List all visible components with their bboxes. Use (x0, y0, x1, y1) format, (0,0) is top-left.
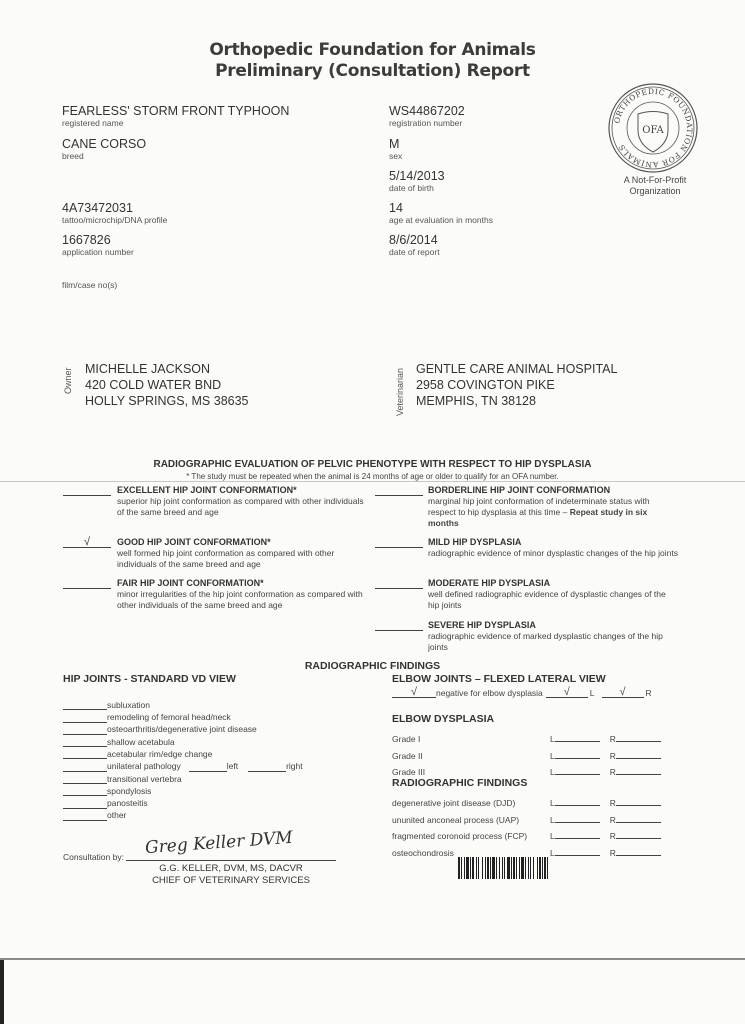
tattoo-field: 4A73472031 tattoo/microchip/DNA profile (62, 201, 167, 225)
elbow-grade-row: Grade IIILR (392, 761, 672, 778)
consultant-block: G.G. KELLER, DVM, MS, DACVR CHIEF OF VET… (126, 863, 336, 887)
evaluation-heading: RADIOGRAPHIC EVALUATION OF PELVIC PHENOT… (0, 459, 745, 470)
left-line[interactable] (555, 812, 600, 823)
hip-finding-checkbox-line[interactable] (63, 773, 107, 784)
registration-number-value: WS44867202 (389, 104, 465, 118)
unilateral-left-line[interactable] (189, 761, 227, 772)
hip-grade-checkbox-line[interactable] (375, 537, 423, 548)
tattoo-label: tattoo/microchip/DNA profile (62, 215, 167, 225)
hip-finding-checkbox-line[interactable] (63, 724, 107, 735)
right-line[interactable] (616, 764, 661, 775)
elbow-finding-label: ununited anconeal process (UAP) (392, 815, 519, 826)
elbow-finding-row: degenerative joint disease (DJD)LR (392, 792, 672, 809)
left-line[interactable] (555, 845, 600, 856)
hip-finding-checkbox-line[interactable] (63, 810, 107, 821)
hip-grade-title: EXCELLENT HIP JOINT CONFORMATION* (117, 485, 367, 496)
right-line[interactable] (616, 812, 661, 823)
hip-finding-checkbox-line[interactable] (63, 748, 107, 759)
hip-grade-title: SEVERE HIP DYSPLASIA (428, 620, 678, 631)
hip-grade-title: MODERATE HIP DYSPLASIA (428, 578, 678, 589)
elbow-dysplasia-heading: ELBOW DYSPLASIA (392, 713, 494, 725)
hip-grade-description-text: minor irregularities of the hip joint co… (117, 589, 363, 610)
date-of-birth-field: 5/14/2013 date of birth (389, 169, 445, 193)
signature-line (126, 860, 336, 861)
hip-findings-list: subluxationremodeling of femoral head/ne… (63, 698, 303, 821)
hip-grade-title: MILD HIP DYSPLASIA (428, 537, 678, 548)
veterinarian-street: 2958 COVINGTON PIKE (416, 377, 617, 393)
elbow-negative-label: negative for elbow dysplasia (436, 688, 543, 699)
elbow-finding-label: osteochondrosis (392, 848, 454, 859)
owner-street: 420 COLD WATER BND (85, 377, 249, 393)
hip-finding-row: remodeling of femoral head/neck (63, 710, 303, 722)
breed-field: CANE CORSO breed (62, 137, 146, 161)
hip-grade-checkbox-line[interactable] (375, 620, 423, 631)
film-case-label: film/case no(s) (62, 280, 117, 290)
owner-side-label: Owner (63, 367, 73, 394)
findings-heading: RADIOGRAPHIC FINDINGS (0, 660, 745, 672)
tagline-line2: Organization (595, 186, 715, 197)
hip-grade-description: radiographic evidence of marked dysplast… (428, 631, 678, 653)
hip-grade-description: marginal hip joint conformation of indet… (428, 496, 678, 529)
elbow-grade-lr: LR (550, 731, 661, 745)
veterinarian-name: GENTLE CARE ANIMAL HOSPITAL (416, 361, 617, 377)
date-of-birth-label: date of birth (389, 183, 445, 193)
elbow-negative-row: √ negative for elbow dysplasia √ L √ R (392, 686, 652, 698)
hip-finding-label: other (107, 810, 126, 821)
left-line[interactable] (555, 731, 600, 742)
hip-finding-label: acetabular rim/edge change (107, 749, 212, 760)
report-title-type: Preliminary (Consultation) Report (0, 61, 745, 82)
elbow-finding-row: fragmented coronoid process (FCP)LR (392, 825, 672, 842)
hip-finding-checkbox-line[interactable] (63, 785, 107, 796)
elbow-negative-right-label: R (646, 688, 652, 699)
hip-grade-text: MODERATE HIP DYSPLASIAwell defined radio… (428, 578, 678, 611)
hip-finding-row: other (63, 809, 303, 821)
hip-finding-row: subluxation (63, 698, 303, 710)
hip-finding-label: osteoarthritis/degenerative joint diseas… (107, 724, 257, 735)
owner-city: HOLLY SPRINGS, MS 38635 (85, 393, 249, 409)
scan-edge-line (0, 958, 745, 960)
registered-name-label: registered name (62, 118, 289, 128)
hip-finding-checkbox-line[interactable] (63, 699, 107, 710)
hip-finding-checkbox-line[interactable] (63, 798, 107, 809)
scan-fold-line (0, 481, 745, 482)
elbow-finding-label: fragmented coronoid process (FCP) (392, 831, 527, 842)
elbow-finding-lr: LR (550, 812, 661, 826)
right-line[interactable] (616, 795, 661, 806)
breed-label: breed (62, 151, 146, 161)
elbow-grade-row: Grade ILR (392, 728, 672, 745)
hip-grade-description-text: radiographic evidence of marked dysplast… (428, 631, 663, 652)
elbow-finding-row: osteochondrosisLR (392, 842, 672, 859)
hip-grade-checkbox-line[interactable] (375, 578, 423, 589)
registration-number-label: registration number (389, 118, 465, 128)
application-number-field: 1667826 application number (62, 233, 134, 257)
hip-finding-label: remodeling of femoral head/neck (107, 712, 231, 723)
hip-grade-description: minor irregularities of the hip joint co… (117, 589, 367, 611)
hip-grade-title: GOOD HIP JOINT CONFORMATION* (117, 537, 367, 548)
sex-label: sex (389, 151, 402, 161)
hip-grade-text: SEVERE HIP DYSPLASIAradiographic evidenc… (428, 620, 678, 653)
unilateral-left-label: left (227, 761, 238, 772)
elbow-finding-lr: LR (550, 845, 661, 859)
hip-grade-description-text: well defined radiographic evidence of dy… (428, 589, 666, 610)
veterinarian-city: MEMPHIS, TN 38128 (416, 393, 617, 409)
elbow-findings-list: degenerative joint disease (DJD)LRununit… (392, 792, 672, 858)
hip-grade-description: superior hip joint conformation as compa… (117, 496, 367, 518)
elbow-negative-left-mark[interactable]: √ (546, 687, 588, 698)
unilateral-right-label: right (286, 761, 303, 772)
hip-finding-checkbox-line[interactable] (63, 761, 107, 772)
sex-value: M (389, 137, 402, 151)
ofa-seal-logo: ORTHOPEDIC FOUNDATION FOR ANIMALS OFA (607, 82, 699, 174)
age-label: age at evaluation in months (389, 215, 493, 225)
sex-field: M sex (389, 137, 402, 161)
elbow-finding-row: ununited anconeal process (UAP)LR (392, 809, 672, 826)
hip-grade-description: well defined radiographic evidence of dy… (428, 589, 678, 611)
hip-finding-label: panosteitis (107, 798, 148, 809)
hip-finding-label: shallow acetabula (107, 737, 175, 748)
left-line[interactable] (555, 764, 600, 775)
application-number-value: 1667826 (62, 233, 134, 247)
hip-finding-label: spondylosis (107, 786, 151, 797)
consultation-label: Consultation by: (63, 852, 124, 862)
elbow-finding-label: degenerative joint disease (DJD) (392, 798, 515, 809)
elbow-grade-label: Grade II (392, 751, 423, 762)
veterinarian-side-label: Veterinarian (395, 368, 405, 416)
elbow-finding-lr: LR (550, 795, 661, 809)
tattoo-value: 4A73472031 (62, 201, 167, 215)
right-line[interactable] (616, 828, 661, 839)
org-tagline: A Not-For-Profit Organization (595, 175, 715, 197)
hip-grade-checkbox-line[interactable] (63, 485, 111, 496)
date-of-report-field: 8/6/2014 date of report (389, 233, 440, 257)
hip-grade-checkbox-line[interactable] (63, 578, 111, 589)
elbow-finding-lr: LR (550, 828, 661, 842)
hip-finding-row: unilateral pathologyleftright (63, 759, 303, 771)
elbow-negative-mark[interactable]: √ (392, 687, 436, 698)
barcode (458, 857, 622, 879)
registration-number-field: WS44867202 registration number (389, 104, 465, 128)
age-field: 14 age at evaluation in months (389, 201, 493, 225)
hip-finding-row: panosteitis (63, 796, 303, 808)
consultant-name: G.G. KELLER, DVM, MS, DACVR (126, 863, 336, 875)
hip-grade-title: FAIR HIP JOINT CONFORMATION* (117, 578, 367, 589)
consultant-title: CHIEF OF VETERINARY SERVICES (126, 875, 336, 887)
hip-grade-description: radiographic evidence of minor dysplasti… (428, 548, 678, 559)
signature: Greg Keller DVM (144, 828, 293, 858)
barcode-bar (548, 857, 550, 879)
hip-grade-text: BORDERLINE HIP JOINT CONFORMATIONmargina… (428, 485, 678, 529)
hip-finding-row: shallow acetabula (63, 735, 303, 747)
hip-grade-checkbox-line[interactable] (375, 485, 423, 496)
hip-grade-description-text: radiographic evidence of minor dysplasti… (428, 548, 678, 558)
evaluation-note: * The study must be repeated when the an… (0, 472, 745, 481)
registered-name-field: FEARLESS' STORM FRONT TYPHOON registered… (62, 104, 289, 128)
hip-grade-description: well formed hip joint conformation as co… (117, 548, 367, 570)
date-of-report-value: 8/6/2014 (389, 233, 440, 247)
hip-grade-checkbox-line[interactable]: √ (63, 537, 111, 548)
right-line[interactable] (616, 748, 661, 759)
application-number-label: application number (62, 247, 134, 257)
tagline-line1: A Not-For-Profit (595, 175, 715, 186)
hip-grade-text: EXCELLENT HIP JOINT CONFORMATION*superio… (117, 485, 367, 518)
hip-findings-heading: HIP JOINTS - STANDARD VD VIEW (63, 673, 236, 685)
owner-address: MICHELLE JACKSON 420 COLD WATER BND HOLL… (85, 361, 249, 409)
breed-value: CANE CORSO (62, 137, 146, 151)
hip-grade-description-text: superior hip joint conformation as compa… (117, 496, 364, 517)
hip-finding-label: transitional vertebra (107, 774, 182, 785)
report-title-org: Orthopedic Foundation for Animals (0, 40, 745, 61)
elbow-grade-label: Grade III (392, 767, 425, 778)
hip-finding-row: spondylosis (63, 784, 303, 796)
hip-finding-row: transitional vertebra (63, 772, 303, 784)
hip-finding-checkbox-line[interactable] (63, 736, 107, 747)
hip-grade-text: MILD HIP DYSPLASIAradiographic evidence … (428, 537, 678, 559)
date-of-report-label: date of report (389, 247, 440, 257)
elbow-grade-lr: LR (550, 764, 661, 778)
date-of-birth-value: 5/14/2013 (389, 169, 445, 183)
scan-edge-shadow (0, 960, 4, 1024)
elbow-negative-left-label: L (590, 688, 595, 699)
registered-name-value: FEARLESS' STORM FRONT TYPHOON (62, 104, 289, 118)
hip-finding-label: subluxation (107, 700, 150, 711)
veterinarian-address: GENTLE CARE ANIMAL HOSPITAL 2958 COVINGT… (416, 361, 617, 409)
hip-finding-row: osteoarthritis/degenerative joint diseas… (63, 723, 303, 735)
elbow-grade-lr: LR (550, 748, 661, 762)
left-line[interactable] (555, 748, 600, 759)
age-value: 14 (389, 201, 493, 215)
left-line[interactable] (555, 795, 600, 806)
elbow-grade-label: Grade I (392, 734, 420, 745)
hip-grade-title: BORDERLINE HIP JOINT CONFORMATION (428, 485, 678, 496)
hip-grade-text: GOOD HIP JOINT CONFORMATION*well formed … (117, 537, 367, 570)
hip-grade-text: FAIR HIP JOINT CONFORMATION*minor irregu… (117, 578, 367, 611)
owner-name: MICHELLE JACKSON (85, 361, 249, 377)
right-line[interactable] (616, 731, 661, 742)
hip-grade-description-text: well formed hip joint conformation as co… (117, 548, 334, 569)
elbow-grades-list: Grade ILRGrade IILRGrade IIILR (392, 728, 672, 778)
right-line[interactable] (616, 845, 661, 856)
unilateral-right-line[interactable] (248, 761, 286, 772)
left-line[interactable] (555, 828, 600, 839)
hip-finding-row: acetabular rim/edge change (63, 747, 303, 759)
elbow-negative-right-mark[interactable]: √ (602, 687, 644, 698)
elbow-grade-row: Grade IILR (392, 745, 672, 762)
hip-finding-checkbox-line[interactable] (63, 712, 107, 723)
hip-finding-label: unilateral pathology (107, 761, 181, 772)
elbow-radiographic-findings-heading: RADIOGRAPHIC FINDINGS (392, 777, 527, 789)
elbow-findings-heading: ELBOW JOINTS – FLEXED LATERAL VIEW (392, 673, 606, 685)
ofa-seal-center: OFA (642, 125, 664, 136)
